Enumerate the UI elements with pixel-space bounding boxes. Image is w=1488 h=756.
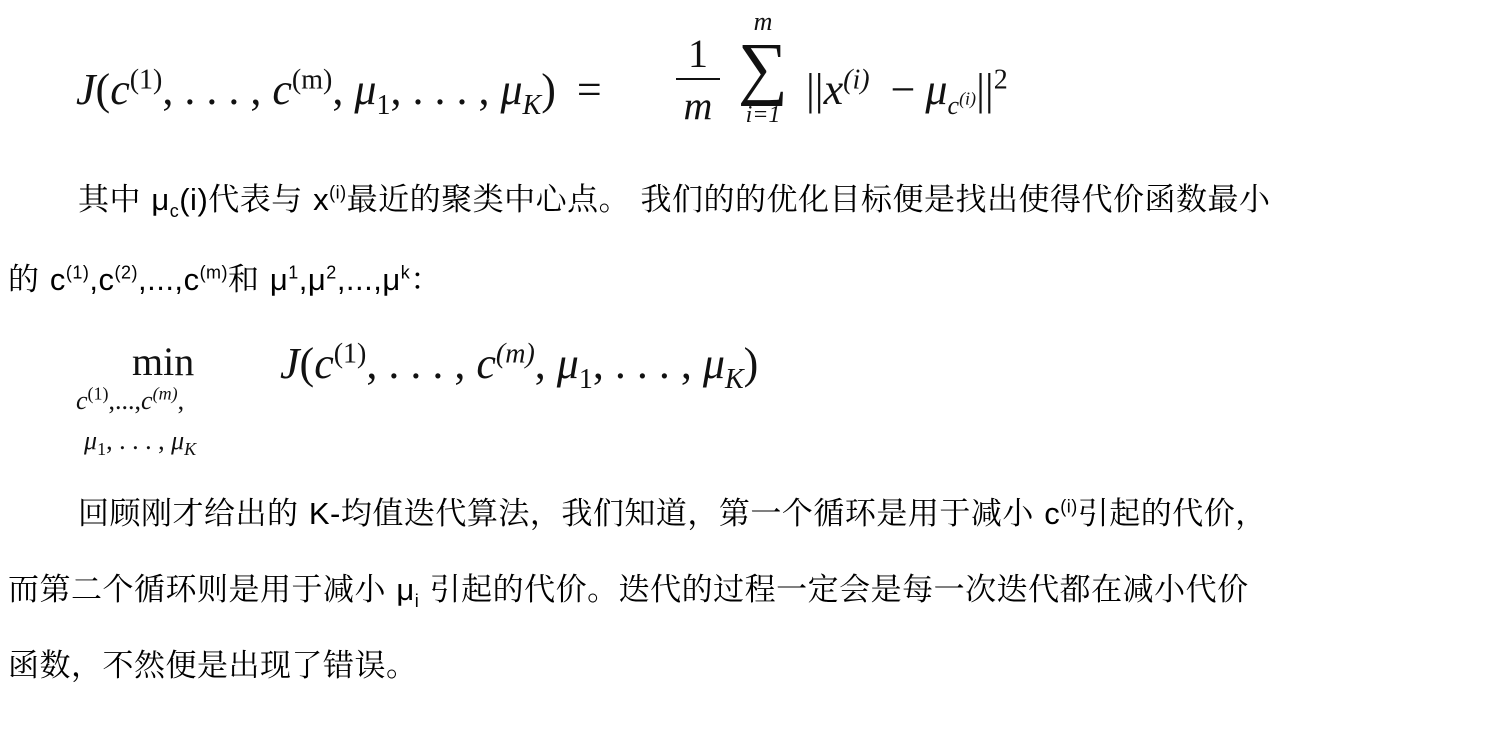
sup-i: (i): [329, 183, 347, 203]
formula-rhs: ||x(i) −μc(i)||2: [806, 64, 1008, 115]
comma: ,: [299, 262, 308, 297]
fraction-numerator: 1: [676, 32, 720, 76]
sup-2: 2: [326, 263, 337, 283]
text: 回顾刚才给出的: [78, 496, 309, 532]
paragraph-2-line-2: 而第二个循环则是用于减小 μi 引起的代价。迭代的过程一定会是每一次迭代都在减小…: [8, 572, 1249, 608]
fraction-bar: [676, 78, 720, 80]
text: 最近的聚类中心点。 我们的的优化目标便是找出使得代价函数最小: [347, 182, 1271, 218]
var-mu: μ: [703, 339, 725, 388]
comma: ,: [535, 339, 557, 388]
paren-close: ): [541, 65, 556, 114]
ellipsis-sep: , . . . ,: [366, 339, 476, 388]
symbol-mu: μ: [270, 262, 288, 297]
comma: ,: [332, 65, 354, 114]
sub-k: K: [725, 364, 744, 395]
sup-m: (m): [292, 64, 332, 95]
symbol-c: c: [50, 262, 66, 297]
var-x: x: [824, 65, 844, 114]
objective-function: J(c(1), . . . , c(m), μ1, . . . , μK): [280, 338, 758, 389]
paren-open: (: [300, 339, 315, 388]
paren-open: (: [96, 65, 111, 114]
power-2: 2: [994, 64, 1008, 95]
sub-c-sup-i: (i): [959, 88, 976, 108]
symbol-c: c: [98, 262, 114, 297]
sub-k: K: [523, 90, 542, 121]
text: 其中: [78, 182, 151, 218]
ellipsis-sep: , . . . ,: [593, 339, 703, 388]
paren-close: ): [744, 339, 759, 388]
ellipsis: ,...,: [138, 262, 184, 297]
sub-1: 1: [376, 90, 390, 121]
min-subscript-line-1: c(1),...,c(m),: [76, 386, 184, 416]
symbol-x: x: [313, 182, 329, 217]
sup-m: (m): [496, 338, 535, 369]
var-c: c: [110, 65, 130, 114]
text: 均值迭代算法，我们知道，第一个循环是用于减小: [341, 496, 1044, 532]
fraction-denominator: m: [676, 82, 720, 130]
norm-open: ||: [806, 65, 824, 114]
sigma-symbol: ∑: [728, 36, 798, 102]
func-name: J: [280, 339, 300, 388]
symbol-c: c: [184, 262, 200, 297]
sub-1: 1: [579, 364, 593, 395]
var-mu: μ: [354, 65, 376, 114]
min-operator: min: [132, 338, 194, 385]
sup-i: (i): [843, 64, 869, 95]
paragraph-2-line-1: 回顾刚才给出的 K-均值迭代算法，我们知道，第一个循环是用于减小 c(i)引起的…: [78, 496, 1267, 532]
min-subscript-line-2: μ1, . . . , μK: [84, 426, 196, 456]
sub-1: 1: [97, 439, 106, 459]
norm-close: ||: [976, 65, 994, 114]
text: 和: [228, 262, 270, 298]
ellipsis: ,...,: [337, 262, 383, 297]
sub-k: K: [184, 439, 196, 459]
symbol-mu: μ: [151, 182, 169, 217]
formula-lhs: J(c(1), . . . , c(m), μ1, . . . , μK) =: [76, 64, 602, 115]
sub-c: c: [948, 91, 960, 120]
symbol-mu: μ: [308, 262, 326, 297]
sub-c-i: c(i): [948, 91, 977, 120]
var-mu: μ: [925, 65, 947, 114]
var-mu: μ: [84, 426, 97, 455]
comma: ,: [178, 386, 185, 415]
paragraph-1-line-2: 的 c(1),c(2),...,c(m)和 μ1,μ2,...,μk：: [8, 262, 442, 298]
equals-sign: =: [577, 65, 602, 114]
sup-1: (1): [334, 338, 367, 369]
var-c: c: [272, 65, 292, 114]
var-c: c: [141, 386, 153, 415]
ellipsis: , . . . ,: [106, 426, 171, 455]
sup-k: k: [401, 263, 411, 283]
symbol-mu: μ: [396, 572, 414, 607]
var-c: c: [314, 339, 334, 388]
var-c: c: [476, 339, 496, 388]
symbol-c: c: [1044, 496, 1060, 531]
colon: ：: [410, 262, 442, 298]
symbol-mu: μ: [382, 262, 400, 297]
text: 的: [8, 262, 50, 298]
var-mu: μ: [557, 339, 579, 388]
sup-1: (1): [88, 383, 109, 403]
sup-m: (m): [153, 383, 178, 403]
ellipsis-sep: , . . . ,: [390, 65, 500, 114]
sup-1: (1): [130, 64, 163, 95]
func-name: J: [76, 65, 96, 114]
sub-c: c: [170, 201, 180, 221]
text: 引起的代价，: [1078, 496, 1267, 532]
var-mu: μ: [500, 65, 522, 114]
ellipsis-sep: , . . . ,: [162, 65, 272, 114]
text: 引起的代价。迭代的过程一定会是每一次迭代都在减小代价: [419, 572, 1248, 608]
sup-i: (i): [1060, 497, 1078, 517]
k-label: K-: [309, 496, 341, 531]
var-mu: μ: [171, 426, 184, 455]
ellipsis: ,...,: [109, 386, 142, 415]
paragraph-2-line-3: 函数，不然便是出现了错误。: [8, 648, 418, 684]
text-i: (i): [179, 182, 208, 217]
summation: m ∑ i=1: [728, 8, 798, 128]
sup-1: 1: [288, 263, 299, 283]
paragraph-1-line-1: 其中 μc(i)代表与 x(i)最近的聚类中心点。 我们的的优化目标便是找出使得…: [78, 182, 1271, 218]
sup-2: (2): [114, 263, 138, 283]
sup-1: (1): [66, 263, 90, 283]
text: 而第二个循环则是用于减小: [8, 572, 396, 608]
sup-m: (m): [200, 263, 228, 283]
fraction: 1 m: [676, 32, 720, 130]
var-c: c: [76, 386, 88, 415]
text: 代表与: [208, 182, 313, 218]
minus-sign: −: [891, 65, 916, 114]
text: 函数，不然便是出现了错误。: [8, 648, 418, 684]
